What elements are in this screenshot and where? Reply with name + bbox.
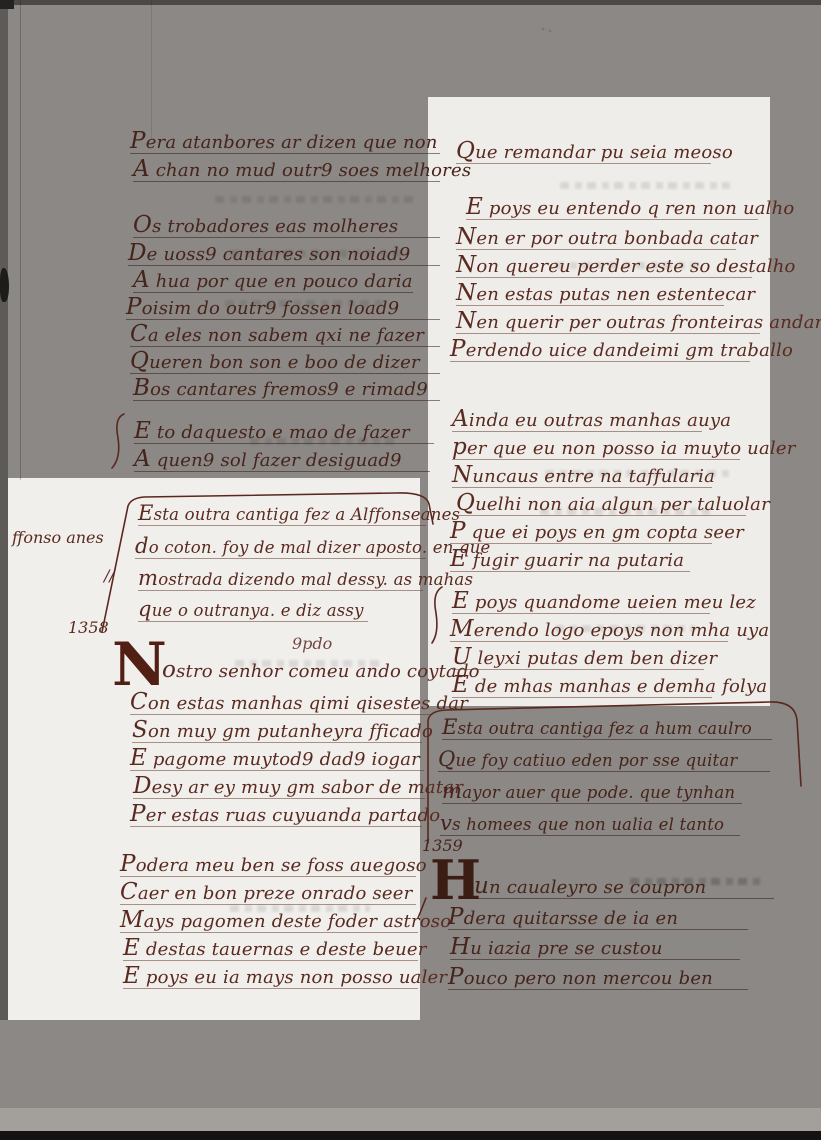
rubric-line: vs homees que non ualia el tanto [440,810,740,836]
verse-line: Poisim do outr9 fossen load9 [126,294,440,320]
margin-mark: // [104,566,115,585]
rubric-line: que o outranya. e diz assy [138,596,368,622]
verse-line: Con estas manhas qimi qisestes dar [130,689,430,715]
verse-line: Ainda eu outras manhas auya [452,406,702,432]
verse-line: Perdendo uice dandeimi gm traballo [450,336,750,362]
drop-cap-initial-n: N [112,640,167,691]
verse-line: Merendo logo epoys non mha uya [450,616,728,642]
verse-line: E poys eu entendo q ren non ualho [466,194,758,220]
verse-line: Desy ar ey muy gm sabor de matar [133,773,425,799]
verse-line: per que eu non posso ia muyto ualer [452,434,740,460]
photo-edge-mark [0,268,9,302]
verse-line: E fugir guarir na putaria [450,546,690,572]
verse-line: un caualeyro se coupron [474,873,774,899]
verse-line: Os trobadores eas molheres [133,212,440,238]
verse-line: Podera meu ben se foss auegoso [120,851,416,877]
rubric-line: mostrada dizendo mal dessy. as mahas [138,565,423,591]
verse-line: De uoss9 cantares son noiad9 [128,240,440,266]
verse-line: E de mhas manhas e demha folya [452,672,712,698]
item-number-1358: 1358 [68,618,109,637]
margin-tick [416,896,428,920]
verse-line: E destas tauernas e deste beuer [123,935,418,961]
rubric-line: Esta outra cantiga fez a hum caulro [442,714,772,740]
verse-line: P que ei poys en gm copta seer [450,518,712,544]
verse-line: Quelhi non aia algun per taluolar [456,490,746,516]
verse-line: Pdera quitarsse de ia en [448,904,748,930]
verse-line: Caer en bon preze onrado seer [120,879,416,905]
verse-line: E poys eu ia mays non posso ualer [123,963,418,989]
stanza-brace [430,585,446,645]
photo-edge-corner [0,0,14,9]
verse-line: U leyxi putas dem ben dizer [452,644,704,670]
verse-line: Son muy gm putanheyra fficado [132,717,422,743]
verse-line: Que remandar pu seia meoso [456,138,711,164]
verse-line: Non quereu perder este so destalho [456,252,752,278]
verse-line: A chan no mud outr9 soes melhores [133,156,440,182]
verse-line: A quen9 sol fazer desiguad9 [134,446,430,472]
photo-edge-top [0,0,821,5]
faint-folio-mark [540,26,556,34]
verse-line: Bos cantares fremos9 e rimad9 [133,375,440,401]
rubric-line: do coton. foy de mal dizer aposto. en qu… [135,533,426,559]
verse-line: A hua por que en pouco daria [133,267,413,293]
verse-line: Nen estas putas nen estentecar [456,280,724,306]
verse-line: E to daquesto e mao de fazer [134,418,434,444]
manuscript-photo: Pera atanbores ar dizen que non A chan n… [0,0,821,1140]
scribal-abbreviation-mark: 9pdo [292,634,332,653]
verse-line: Nen er por outra bonbada catar [456,224,736,250]
verse-line: ostro senhor comeu ando coytado [162,657,432,682]
rubric-line: mayor auer que pode. que tynhan [442,778,742,804]
stanza-brace [110,412,130,470]
bleed-through-mark [560,182,730,189]
verse-line: Pouco pero non mercou ben [448,964,748,990]
photo-edge-bottom [0,1131,821,1140]
verse-line: E pagome muytod9 dad9 iogar [130,745,424,771]
bleed-through-mark [215,196,415,203]
page-fold-line [20,0,21,480]
verse-line: Nuncaus entre na taffularia [452,462,712,488]
verse-line: Ca eles non sabem qxi ne fazer [130,321,440,347]
margin-attribution: ffonso anes [12,528,104,547]
verse-line: Per estas ruas cuyuanda partado [130,801,422,827]
photo-edge-left [0,0,8,1020]
verse-line: E poys quandome ueien meu lez [452,588,710,614]
verse-line: Hu iazia pre se custou [450,934,740,960]
verse-line: Mays pagomen deste foder astroso [120,907,418,933]
rubric-line: Esta outra cantiga fez a Alffonseanes [138,500,426,526]
page-crease-line [151,0,152,140]
rubric-line: Que foy catiuo eden por sse quitar [438,746,770,772]
verse-line: Nen querir per outras fronteiras andar [456,308,760,334]
verse-line: Queren bon son e boo de dizer [130,348,440,374]
verse-line: Pera atanbores ar dizen que non [130,128,440,154]
